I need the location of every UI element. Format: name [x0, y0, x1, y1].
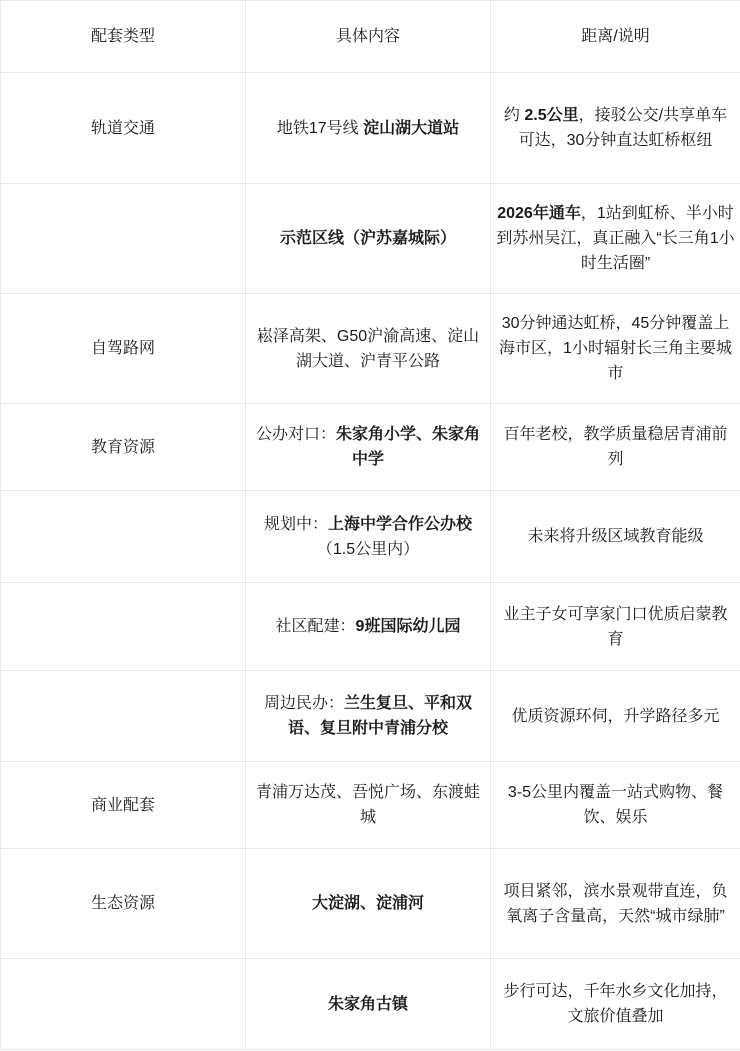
text-segment: 地铁17号线: [277, 120, 363, 137]
note-cell: 未来将升级区域教育能级: [491, 491, 740, 583]
note-cell: 项目紧邻，滨水景观带直连，负氧离子含量高，天然“城市绿肺”: [491, 849, 740, 959]
content-cell: 规划中：上海中学合作公办校（1.5公里内）: [246, 491, 491, 583]
category-cell: 教育资源: [1, 404, 246, 491]
note-cell: 2026年通车，1站到虹桥、半小时到苏州吴江，真正融入“长三角1小时生活圈”: [491, 184, 740, 294]
note-cell: 优质资源环伺，升学路径多元: [491, 671, 740, 762]
text-segment: 示范区线（沪苏嘉城际）: [280, 230, 456, 247]
category-cell: 自驾路网: [1, 294, 246, 404]
text-segment: 项目紧邻，滨水景观带直连，负氧离子含量高，天然“城市绿肺”: [503, 883, 727, 925]
text-segment: 步行可达，千年水乡文化加持，文旅价值叠加: [503, 983, 727, 1025]
text-segment: 上海中学合作公办校: [328, 516, 472, 533]
text-segment: 2026年通车: [497, 205, 581, 222]
content-cell: 社区配建：9班国际幼儿园: [246, 583, 491, 671]
category-cell: [1, 583, 246, 671]
text-segment: 30分钟通达虹桥，45分钟覆盖上海市区，1小时辐射长三角主要城市: [499, 315, 732, 382]
table-container: 配套类型 具体内容 距离/说明 轨道交通地铁17号线 淀山湖大道站约 2.5公里…: [0, 0, 740, 1051]
category-cell: 轨道交通: [1, 73, 246, 184]
text-segment: 规划中：: [264, 516, 328, 533]
content-cell: 青浦万达茂、吾悦广场、东渡蛙城: [246, 762, 491, 849]
text-segment: 未来将升级区域教育能级: [527, 528, 703, 545]
table-row: 示范区线（沪苏嘉城际）2026年通车，1站到虹桥、半小时到苏州吴江，真正融入“长…: [1, 184, 740, 294]
category-cell: [1, 491, 246, 583]
header-note: 距离/说明: [491, 1, 740, 73]
table-row: 自驾路网崧泽高架、G50沪渝高速、淀山湖大道、沪青平公路30分钟通达虹桥，45分…: [1, 294, 740, 404]
note-cell: 30分钟通达虹桥，45分钟覆盖上海市区，1小时辐射长三角主要城市: [491, 294, 740, 404]
amenities-table: 配套类型 具体内容 距离/说明 轨道交通地铁17号线 淀山湖大道站约 2.5公里…: [0, 0, 740, 1050]
table-row: 规划中：上海中学合作公办校（1.5公里内）未来将升级区域教育能级: [1, 491, 740, 583]
category-cell: 商业配套: [1, 762, 246, 849]
category-cell: [1, 671, 246, 762]
table-row: 朱家角古镇步行可达，千年水乡文化加持，文旅价值叠加: [1, 959, 740, 1050]
category-cell: [1, 184, 246, 294]
table-row: 商业配套青浦万达茂、吾悦广场、东渡蛙城3-5公里内覆盖一站式购物、餐饮、娱乐: [1, 762, 740, 849]
header-content: 具体内容: [246, 1, 491, 73]
text-segment: 2.5公里: [524, 107, 578, 124]
text-segment: 9班国际幼儿园: [356, 618, 461, 635]
text-segment: 青浦万达茂、吾悦广场、东渡蛙城: [256, 784, 480, 826]
header-category: 配套类型: [1, 1, 246, 73]
text-segment: 朱家角古镇: [328, 996, 408, 1013]
table-body: 轨道交通地铁17号线 淀山湖大道站约 2.5公里，接驳公交/共享单车可达，30分…: [1, 73, 740, 1050]
text-segment: 崧泽高架、G50沪渝高速、淀山湖大道、沪青平公路: [257, 328, 479, 370]
table-header: 配套类型 具体内容 距离/说明: [1, 1, 740, 73]
category-cell: [1, 959, 246, 1050]
text-segment: 社区配建：: [276, 618, 356, 635]
text-segment: 百年老校，教学质量稳居青浦前列: [503, 426, 727, 468]
content-cell: 地铁17号线 淀山湖大道站: [246, 73, 491, 184]
text-segment: 业主子女可享家门口优质启蒙教育: [503, 606, 727, 648]
note-cell: 业主子女可享家门口优质启蒙教育: [491, 583, 740, 671]
text-segment: 周边民办：: [264, 695, 344, 712]
table-row: 生态资源大淀湖、淀浦河项目紧邻，滨水景观带直连，负氧离子含量高，天然“城市绿肺”: [1, 849, 740, 959]
table-row: 教育资源公办对口：朱家角小学、朱家角中学百年老校，教学质量稳居青浦前列: [1, 404, 740, 491]
text-segment: 大淀湖、淀浦河: [312, 895, 424, 912]
text-segment: 朱家角小学、朱家角中学: [336, 426, 480, 468]
content-cell: 崧泽高架、G50沪渝高速、淀山湖大道、沪青平公路: [246, 294, 491, 404]
note-cell: 约 2.5公里，接驳公交/共享单车可达，30分钟直达虹桥枢纽: [491, 73, 740, 184]
content-cell: 大淀湖、淀浦河: [246, 849, 491, 959]
table-row: 轨道交通地铁17号线 淀山湖大道站约 2.5公里，接驳公交/共享单车可达，30分…: [1, 73, 740, 184]
text-segment: 优质资源环伺，升学路径多元: [511, 708, 719, 725]
text-segment: 约: [504, 107, 524, 124]
note-cell: 步行可达，千年水乡文化加持，文旅价值叠加: [491, 959, 740, 1050]
table-row: 社区配建：9班国际幼儿园业主子女可享家门口优质启蒙教育: [1, 583, 740, 671]
text-segment: 淀山湖大道站: [363, 120, 459, 137]
table-row: 周边民办：兰生复旦、平和双语、复旦附中青浦分校优质资源环伺，升学路径多元: [1, 671, 740, 762]
content-cell: 周边民办：兰生复旦、平和双语、复旦附中青浦分校: [246, 671, 491, 762]
content-cell: 朱家角古镇: [246, 959, 491, 1050]
note-cell: 百年老校，教学质量稳居青浦前列: [491, 404, 740, 491]
header-row: 配套类型 具体内容 距离/说明: [1, 1, 740, 73]
note-cell: 3-5公里内覆盖一站式购物、餐饮、娱乐: [491, 762, 740, 849]
text-segment: 公办对口：: [256, 426, 336, 443]
category-cell: 生态资源: [1, 849, 246, 959]
text-segment: （1.5公里内）: [317, 541, 419, 558]
content-cell: 示范区线（沪苏嘉城际）: [246, 184, 491, 294]
content-cell: 公办对口：朱家角小学、朱家角中学: [246, 404, 491, 491]
text-segment: 3-5公里内覆盖一站式购物、餐饮、娱乐: [508, 784, 723, 826]
